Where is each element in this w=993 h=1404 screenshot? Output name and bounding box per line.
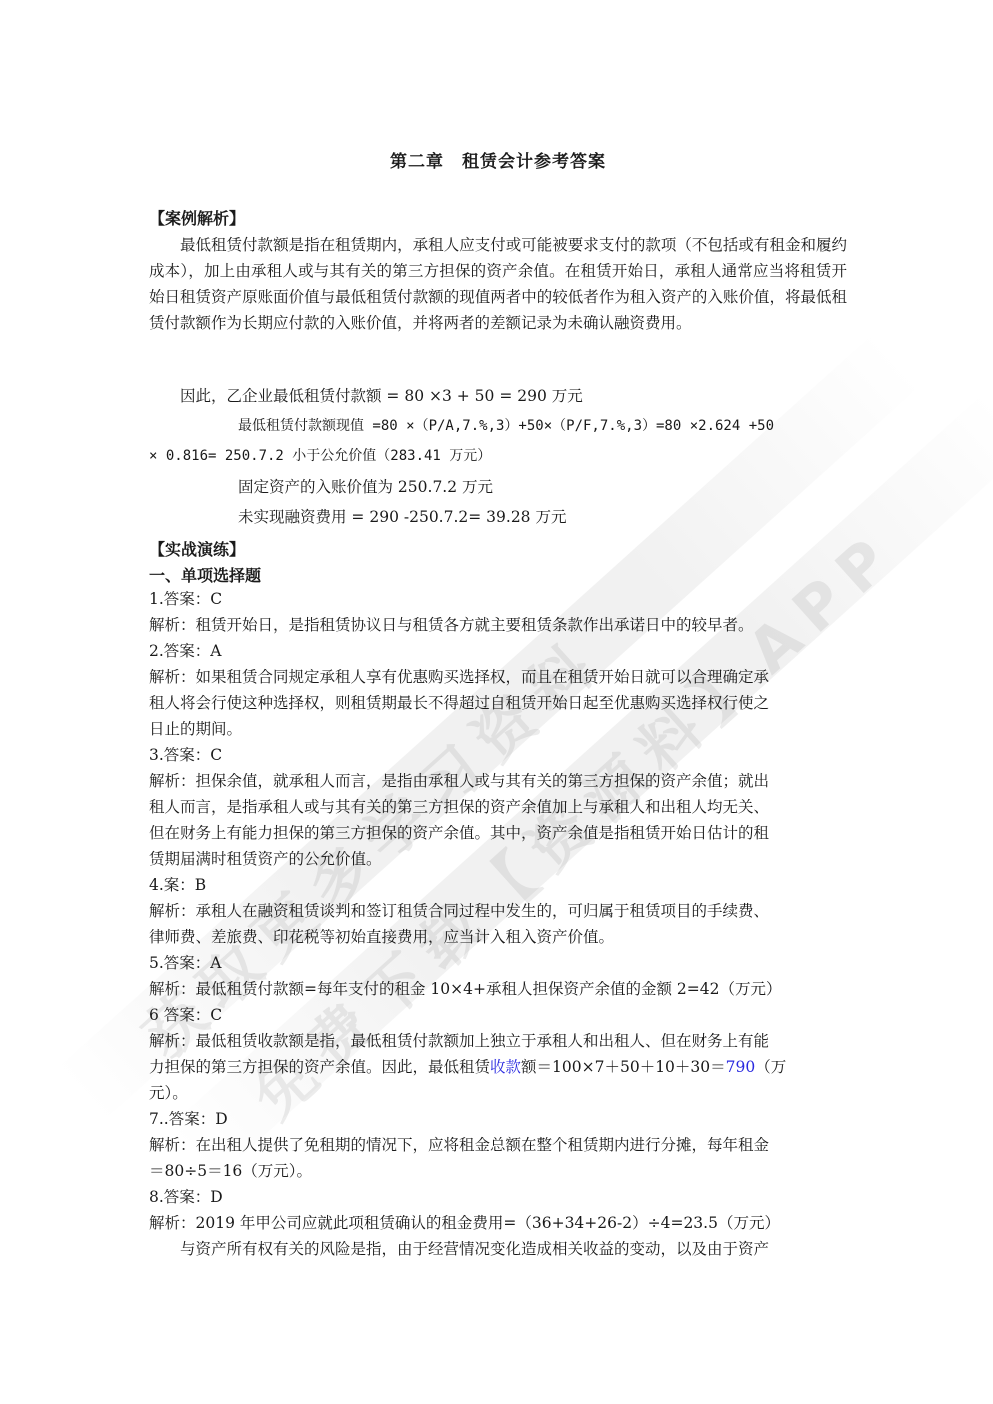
analysis-4: 律师费、差旅费、印花税等初始直接费用，应当计入租入资产价值。 <box>149 927 614 947</box>
calc-present-value-line2: × 0.816= 250.7.2 小于公允价值（283.41 万元） <box>149 446 491 466</box>
case-analysis-heading: 【案例解析】 <box>149 206 245 229</box>
analysis-2: 租人将会行使这种选择权，则租赁期最长不得超过自租赁开始日起至优惠购买选择权行使之 <box>149 693 769 713</box>
highlight-number: 790 <box>726 1058 756 1076</box>
analysis-8: 解析：2019 年甲公司应就此项租赁确认的租金费用=（36+34+26-2）÷4… <box>149 1213 780 1233</box>
analysis-4: 解析：承租人在融资租赁谈判和签订租赁合同过程中发生的，可归属于租赁项目的手续费、 <box>149 901 769 921</box>
calc-present-value-line1: 最低租赁付款额现值 =80 ×（P/A,7.%,3）+50×（P/F,7.%,3… <box>238 416 774 436</box>
page-title: 第二章 租赁会计参考答案 <box>149 147 847 172</box>
calc-unrealized-finance-cost: 未实现融资费用 = 290 -250.7.2= 39.28 万元 <box>238 507 566 527</box>
analysis-6-text: （万 <box>755 1058 786 1076</box>
answer-7: 7..答案：D <box>149 1109 228 1129</box>
analysis-2: 日止的期间。 <box>149 719 242 739</box>
analysis-2: 解析：如果租赁合同规定承租人享有优惠购买选择权，而且在租赁开始日就可以合理确定承 <box>149 667 769 687</box>
answer-3: 3.答案：C <box>149 745 222 765</box>
answer-4: 4.案：B <box>149 875 206 895</box>
answer-2: 2.答案：A <box>149 641 221 661</box>
analysis-7: 解析：在出租人提供了免租期的情况下，应将租金总额在整个租赁期内进行分摊，每年租金 <box>149 1135 769 1155</box>
calc-min-lease-payment: 因此，乙企业最低租赁付款额 = 80 ×3 + 50 = 290 万元 <box>149 386 583 406</box>
section-title-single-choice: 一、单项选择题 <box>149 563 261 586</box>
answer-5: 5.答案：A <box>149 953 221 973</box>
analysis-6-text: 力担保的第三方担保的资产余值。因此，最低租赁 <box>149 1058 490 1076</box>
highlight-text: 收款 <box>490 1058 521 1076</box>
analysis-3: 解析：担保余值，就承租人而言，是指由承租人或与其有关的第三方担保的资产余值；就出 <box>149 771 769 791</box>
trailing-paragraph: 与资产所有权有关的风险是指，由于经营情况变化造成相关收益的变动，以及由于资产 <box>149 1239 769 1259</box>
analysis-6: 解析：最低租赁收款额是指，最低租赁付款额加上独立于承租人和出租人、但在财务上有能 <box>149 1031 769 1051</box>
analysis-3: 赁期届满时租赁资产的公允价值。 <box>149 849 382 869</box>
analysis-5: 解析：最低租赁付款额=每年支付的租金 10×4+承租人担保资产余值的金额 2=4… <box>149 979 781 999</box>
analysis-7: ＝80÷5＝16（万元）。 <box>149 1161 312 1181</box>
practice-heading: 【实战演练】 <box>149 537 245 560</box>
analysis-3: 但在财务上有能力担保的第三方担保的资产余值。其中，资产余值是指租赁开始日估计的租 <box>149 823 769 843</box>
calc-fixed-asset-value: 固定资产的入账价值为 250.7.2 万元 <box>238 477 493 497</box>
analysis-6: 力担保的第三方担保的资产余值。因此，最低租赁收款额＝100×7＋50＋10＋30… <box>149 1057 786 1077</box>
case-analysis-paragraph: 最低租赁付款额是指在租赁期内，承租人应支付或可能被要求支付的款项（不包括或有租金… <box>149 232 847 336</box>
document-page: 获取更多学习资料 免费下载【资源料】APP 第二章 租赁会计参考答案 【案例解析… <box>0 0 993 1404</box>
analysis-6-text: 额＝100×7＋50＋10＋30＝ <box>521 1058 726 1076</box>
analysis-3: 租人而言，是指承租人或与其有关的第三方担保的资产余值加上与承租人和出租人均无关、 <box>149 797 769 817</box>
answer-1: 1.答案：C <box>149 589 222 609</box>
answer-8: 8.答案：D <box>149 1187 223 1207</box>
answer-6: 6 答案：C <box>149 1005 222 1025</box>
analysis-6: 元）。 <box>149 1083 188 1103</box>
analysis-1: 解析：租赁开始日，是指租赁协议日与租赁各方就主要租赁条款作出承诺日中的较早者。 <box>149 615 754 635</box>
